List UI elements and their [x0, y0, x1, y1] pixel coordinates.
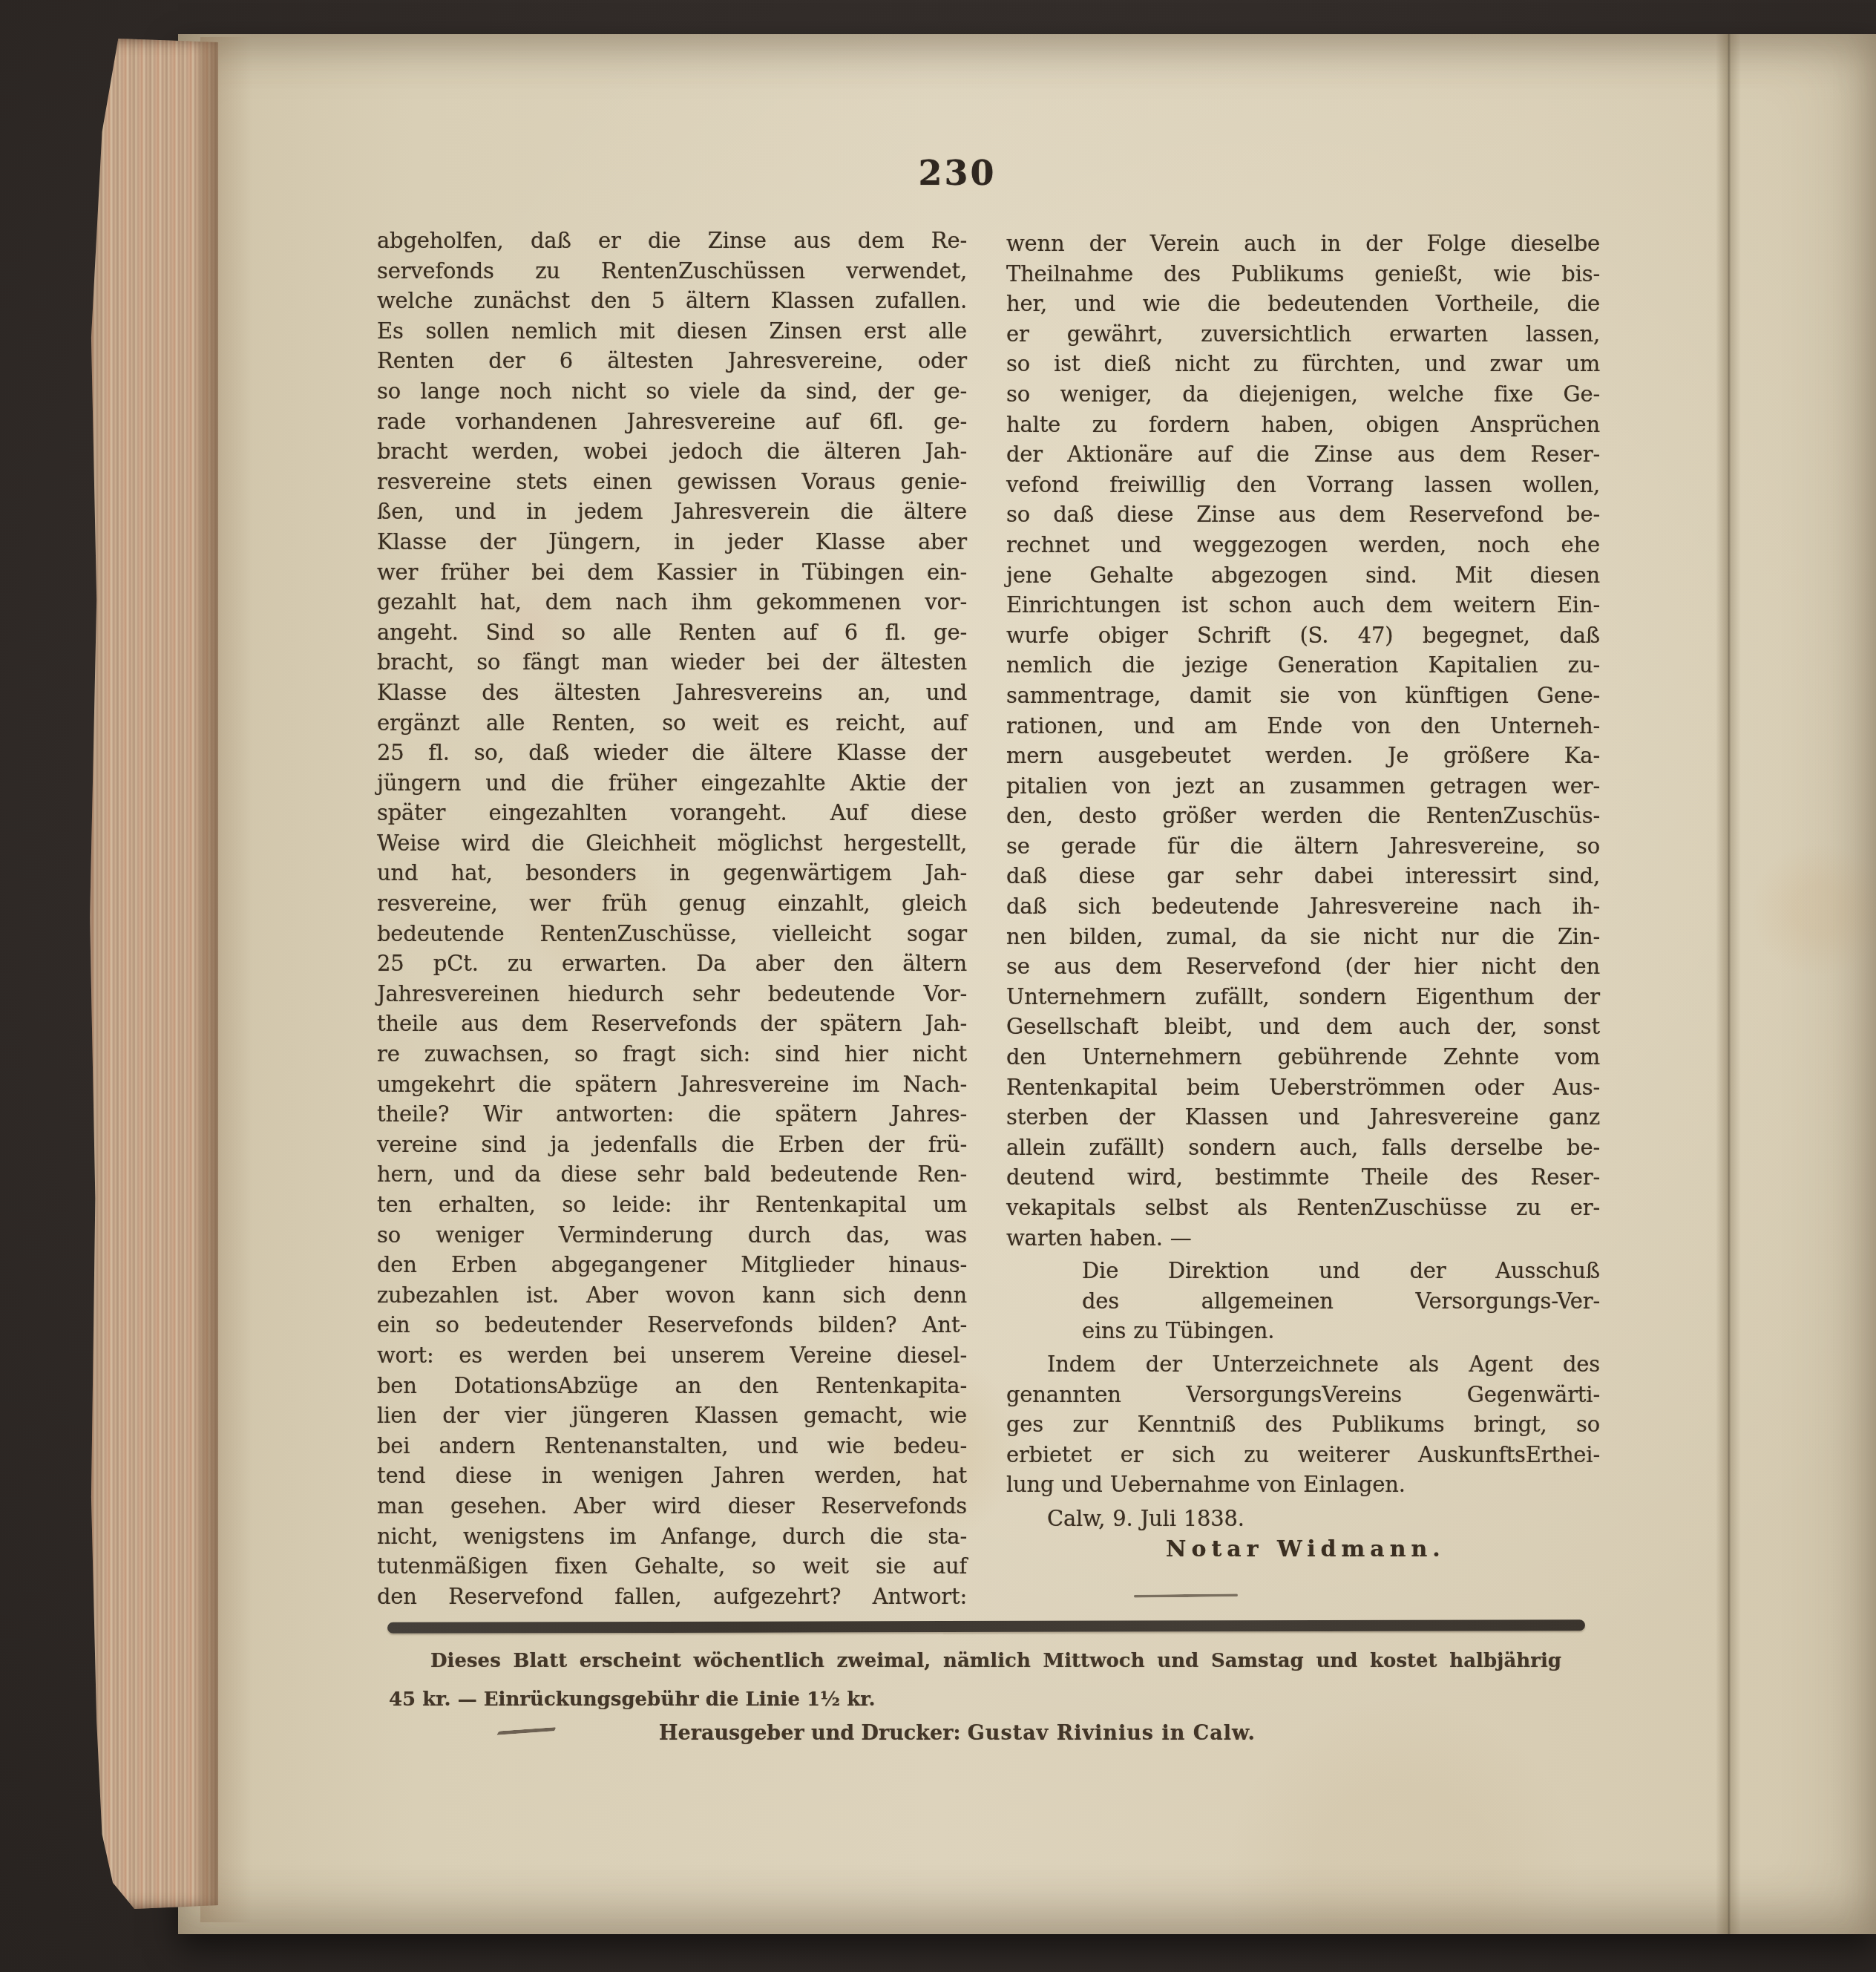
text-line: ßen, und in jedem Jahresverein die älter…	[377, 497, 967, 527]
imprint-label: Herausgeber und Drucker:	[659, 1722, 968, 1745]
text-line: den Unternehmern gebührende Zehnte vom	[1006, 1042, 1600, 1072]
text-line: vereine sind ja jedenfalls die Erben der…	[377, 1130, 967, 1160]
text-line: re zuwachsen, so fragt sich: sind hier n…	[377, 1039, 967, 1069]
text-line: tutenmäßigen fixen Gehalte, so weit sie …	[377, 1551, 967, 1582]
text-line: bei andern Rentenanstalten, und wie bede…	[377, 1431, 967, 1461]
text-line: Jahresvereinen hiedurch sehr bedeutende …	[377, 979, 967, 1009]
text-line: daß diese gar sehr dabei interessirt sin…	[1006, 861, 1600, 891]
text-line: daß sich bedeutende Jahresvereine nach i…	[1006, 891, 1600, 922]
signatory-name: Notar Widmann.	[1006, 1535, 1600, 1565]
footer-note-line-2: 45 kr. — Einrückungsgebühr die Linie 1½ …	[389, 1686, 876, 1713]
text-line: 25 pCt. zu erwarten. Da aber den ältern	[377, 949, 967, 979]
text-line: so ist dieß nicht zu fürchten, und zwar …	[1006, 349, 1600, 379]
text-line: Die Direktion und der Ausschuß	[1082, 1256, 1600, 1286]
text-line: Indem der Unterzeichnete als Agent des	[1006, 1349, 1600, 1380]
text-line: rechnet und weggezogen werden, noch ehe	[1006, 530, 1600, 560]
text-line: pitalien von jezt an zusammen getragen w…	[1006, 771, 1600, 802]
text-line: nemlich die jezige Generation Kapitalien…	[1006, 650, 1600, 681]
text-line: wer früher bei dem Kassier in Tübingen e…	[377, 557, 967, 588]
text-line: Einrichtungen ist schon auch dem weitern…	[1006, 590, 1600, 620]
text-line: Renten der 6 ältesten Jahresvereine, ode…	[377, 346, 967, 376]
scanned-book-photo: { "page_number": "230", "colors": { "bac…	[0, 0, 1876, 1972]
text-line: Klasse der Jüngern, in jeder Klasse aber	[377, 527, 967, 557]
text-line: später eingezahlten vorangeht. Auf diese	[377, 798, 967, 828]
text-line: vekapitals selbst als RentenZuschüsse zu…	[1006, 1193, 1600, 1223]
text-line: abgeholfen, daß er die Zinse aus dem Re-	[377, 226, 967, 256]
page-number: 230	[876, 153, 1039, 193]
text-line: servefonds zu RentenZuschüssen verwendet…	[377, 256, 967, 286]
fore-edge-shadow	[200, 37, 252, 1922]
text-line: ein so bedeutender Reservefonds bilden? …	[377, 1310, 967, 1340]
text-line: warten haben. —	[1006, 1223, 1600, 1254]
text-line: so daß diese Zinse aus dem Reservefond b…	[1006, 499, 1600, 530]
text-column-right: wenn der Verein auch in der Folge diesel…	[1006, 229, 1600, 1253]
dateline: Calw, 9. Juli 1838.	[1006, 1504, 1600, 1534]
text-line: halte zu fordern haben, obigen Ansprüche…	[1006, 410, 1600, 440]
text-line: theile? Wir antworten: die spätern Jahre…	[377, 1099, 967, 1130]
text-line: den Erben abgegangener Mitglieder hinaus…	[377, 1250, 967, 1280]
text-line: Rentenkapital beim Ueberströmmen oder Au…	[1006, 1072, 1600, 1103]
text-line: vefond freiwillig den Vorrang lassen wol…	[1006, 470, 1600, 500]
text-line: rade vorhandenen Jahresvereine auf 6fl. …	[377, 407, 967, 437]
text-line: den, desto größer werden die RentenZusch…	[1006, 801, 1600, 831]
text-line: ten erhalten, so leide: ihr Rentenkapita…	[377, 1190, 967, 1220]
text-line: sammentrage, damit sie von künftigen Gen…	[1006, 681, 1600, 711]
text-line: des allgemeinen Versorgungs-Ver-	[1082, 1286, 1600, 1317]
text-line: allein zufällt) sondern auch, falls ders…	[1006, 1133, 1600, 1163]
text-line: genannten VersorgungsVereins Gegenwärti-	[1006, 1380, 1600, 1410]
text-line: gezahlt hat, dem nach ihm gekommenen vor…	[377, 587, 967, 618]
text-line: lien der vier jüngeren Klassen gemacht, …	[377, 1401, 967, 1431]
text-line: Gesellschaft bleibt, und dem auch der, s…	[1006, 1012, 1600, 1042]
text-line: hern, und da diese sehr bald bedeutende …	[377, 1159, 967, 1190]
imprint-line: Herausgeber und Drucker: Gustav Rivinius…	[334, 1720, 1581, 1747]
text-line: zubezahlen ist. Aber wovon kann sich den…	[377, 1280, 967, 1311]
text-column-left: abgeholfen, daß er die Zinse aus dem Re-…	[377, 226, 967, 1611]
text-line: so weniger, da diejenigen, welche fixe G…	[1006, 379, 1600, 410]
text-line: Unternehmern zufällt, sondern Eigenthum …	[1006, 982, 1600, 1012]
imprint-printer-name: Gustav Rivinius in Calw.	[968, 1722, 1256, 1745]
text-line: rationen, und am Ende von den Unterneh-	[1006, 711, 1600, 741]
text-line: resvereine, wer früh genug einzahlt, gle…	[377, 888, 967, 919]
text-line: nicht, wenigstens im Anfange, durch die …	[377, 1521, 967, 1552]
text-line: Theilnahme des Publikums genießt, wie bi…	[1006, 259, 1600, 289]
footer-note-line-1: Dieses Blatt erscheint wöchentlich zweim…	[395, 1648, 1561, 1674]
text-line: theile aus dem Reservefonds der spätern …	[377, 1009, 967, 1039]
text-line: den Reservefond fallen, aufgezehrt? Antw…	[377, 1582, 967, 1612]
text-line: so lange noch nicht so viele da sind, de…	[377, 376, 967, 407]
text-line: wurfe obiger Schrift (S. 47) begegnet, d…	[1006, 620, 1600, 651]
text-line: Klasse des ältesten Jahresvereins an, un…	[377, 678, 967, 708]
text-line: bedeutende RentenZuschüsse, vielleicht s…	[377, 919, 967, 949]
closing-paragraph: Indem der Unterzeichnete als Agent desge…	[1006, 1349, 1600, 1500]
book-fore-edge-page-stack	[83, 39, 218, 1909]
text-line: se aus dem Reservefond (der hier nicht d…	[1006, 951, 1600, 982]
text-line: ben DotationsAbzüge an den Rentenkapita-	[377, 1371, 967, 1401]
text-line: welche zunächst den 5 ältern Klassen zuf…	[377, 286, 967, 316]
text-line: se gerade für die ältern Jahresvereine, …	[1006, 831, 1600, 862]
page-gutter-crease	[1716, 34, 1741, 1934]
text-line: wenn der Verein auch in der Folge diesel…	[1006, 229, 1600, 259]
text-line: und hat, besonders in gegenwärtigem Jah-	[377, 858, 967, 888]
text-line: angeht. Sind so alle Renten auf 6 fl. ge…	[377, 618, 967, 648]
text-line: lung und Uebernahme von Einlagen.	[1006, 1470, 1600, 1500]
text-line: wort: es werden bei unserem Vereine dies…	[377, 1340, 967, 1371]
text-line: tend diese in wenigen Jahren werden, hat	[377, 1461, 967, 1491]
text-line: sterben der Klassen und Jahresvereine ga…	[1006, 1102, 1600, 1133]
text-line: eins zu Tübingen.	[1082, 1316, 1600, 1346]
text-line: her, und wie die bedeutenden Vortheile, …	[1006, 289, 1600, 319]
text-line: man gesehen. Aber wird dieser Reservefon…	[377, 1491, 967, 1521]
text-line: so weniger Verminderung durch das, was	[377, 1220, 967, 1251]
text-line: deutend wird, bestimmte Theile des Reser…	[1006, 1162, 1600, 1193]
text-line: Es sollen nemlich mit diesen Zinsen erst…	[377, 316, 967, 347]
text-line: bracht, so fängt man wieder bei der älte…	[377, 647, 967, 678]
text-line: mern ausgebeutet werden. Je größere Ka-	[1006, 741, 1600, 771]
text-line: resvereine stets einen gewissen Voraus g…	[377, 467, 967, 497]
text-line: bracht werden, wobei jedoch die älteren …	[377, 436, 967, 467]
text-line: er gewährt, zuversichtlich erwarten lass…	[1006, 319, 1600, 350]
text-line: Weise wird die Gleichheit möglichst herg…	[377, 828, 967, 859]
text-line: 25 fl. so, daß wieder die ältere Klasse …	[377, 738, 967, 768]
text-line: ergänzt alle Renten, so weit es reicht, …	[377, 708, 967, 738]
text-line: der Aktionäre auf die Zinse aus dem Rese…	[1006, 439, 1600, 470]
signature-block: Die Direktion und der Ausschußdes allgem…	[1006, 1256, 1600, 1346]
text-line: nen bilden, zumal, da sie nicht nur die …	[1006, 922, 1600, 952]
text-line: jüngern und die früher eingezahlte Aktie…	[377, 768, 967, 799]
text-line: erbietet er sich zu weiterer AuskunftsEr…	[1006, 1440, 1600, 1470]
text-line: umgekehrt die spätern Jahresvereine im N…	[377, 1069, 967, 1100]
text-line: ges zur Kenntniß des Publikums bringt, s…	[1006, 1409, 1600, 1440]
text-line: jene Gehalte abgezogen sind. Mit diesen	[1006, 560, 1600, 591]
